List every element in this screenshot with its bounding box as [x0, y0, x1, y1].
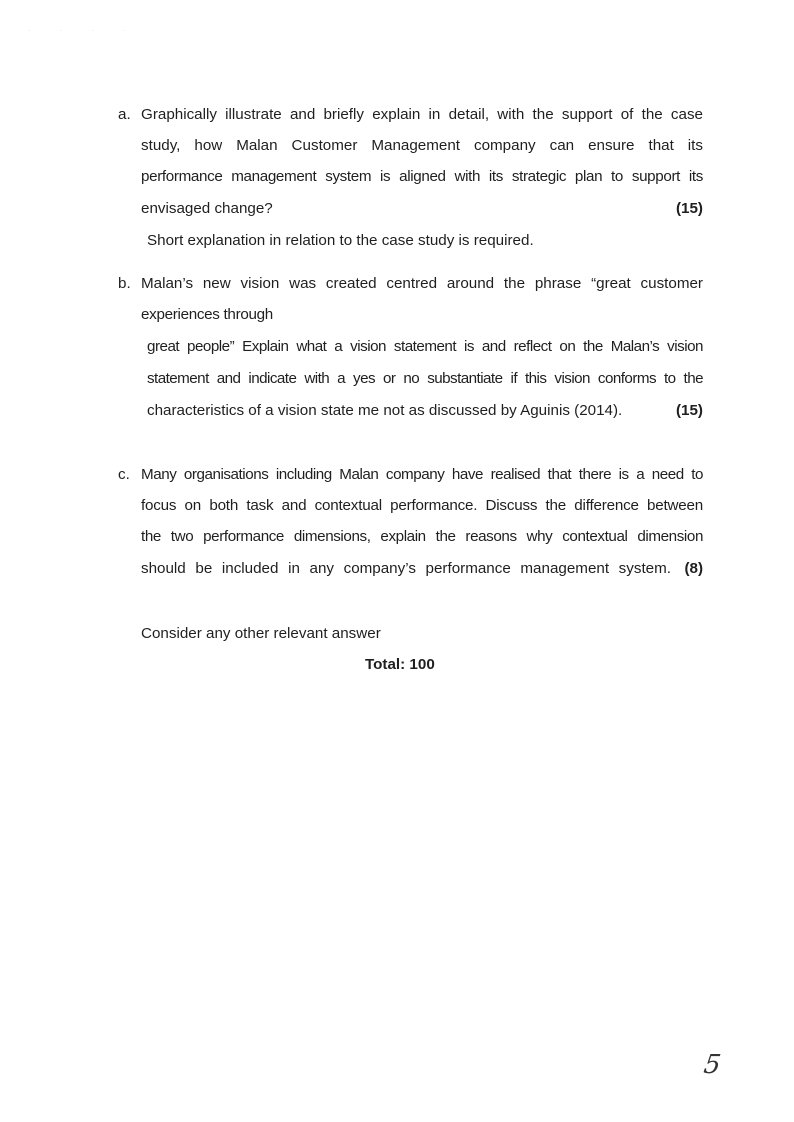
marks: (8) [684, 560, 703, 577]
question-label: c. [118, 466, 130, 483]
question-text-line: Graphically illustrate and briefly expla… [141, 106, 703, 123]
question-text-line: performance management system is aligned… [141, 168, 703, 185]
document-page: · · · · a. Graphically illustrate and br… [0, 0, 794, 1122]
question-text-line: focus on both task and contextual perfor… [141, 497, 703, 514]
question-text-line: should be included in any company’s perf… [141, 560, 671, 577]
marks: (15) [676, 402, 703, 419]
question-text-line: characteristics of a vision state me not… [147, 402, 622, 419]
question-label: b. [118, 275, 131, 292]
marks: (15) [676, 200, 703, 217]
question-text-line: experiences through [141, 306, 273, 323]
question-text-line: great people” Explain what a vision stat… [147, 338, 703, 355]
scan-artifacts: · · · · [28, 28, 139, 34]
question-text-line: the two performance dimensions, explain … [141, 528, 703, 545]
question-text-line: envisaged change? [141, 200, 273, 217]
question-text-line: Malan’s new vision was created centred a… [141, 275, 703, 292]
total-marks: Total: 100 [365, 656, 435, 673]
question-text-line: Many organisations including Malan compa… [141, 466, 703, 483]
question-text-line: statement and indicate with a yes or no … [147, 370, 703, 387]
question-label: a. [118, 106, 131, 123]
page-number: 5 [702, 1050, 723, 1080]
footer-note: Consider any other relevant answer [141, 625, 381, 642]
question-text-line: study, how Malan Customer Management com… [141, 137, 703, 154]
question-note: Short explanation in relation to the cas… [147, 232, 534, 249]
